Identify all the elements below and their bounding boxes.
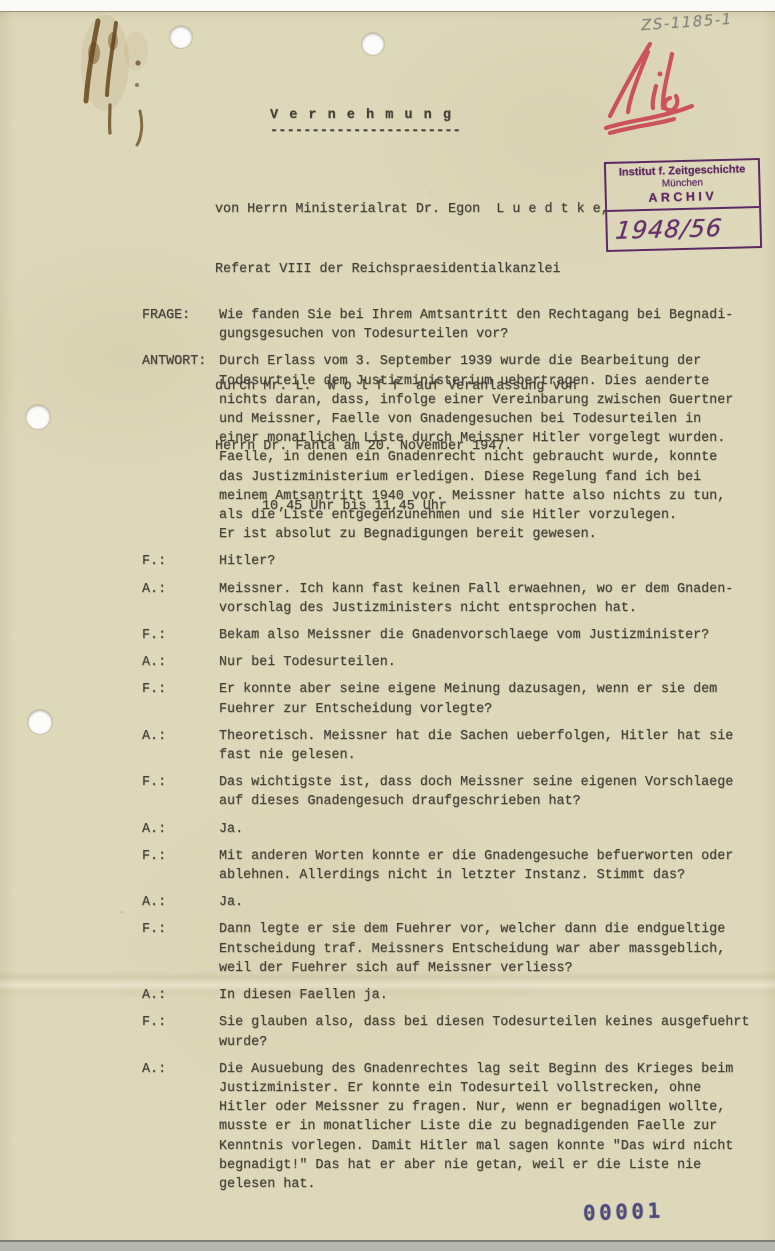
punch-hole xyxy=(26,405,50,429)
qa-text: Mit anderen Worten konnte er die Gnadeng… xyxy=(219,847,767,885)
qa-entry: F.: Dann legte er sie dem Fuehrer vor, w… xyxy=(142,920,767,978)
qa-text: Nur bei Todesurteilen. xyxy=(219,653,767,672)
qa-text: Hitler? xyxy=(219,552,767,571)
qa-entry: A.: Nur bei Todesurteilen. xyxy=(142,653,767,672)
qa-entry: A.: Meissner. Ich kann fast keinen Fall … xyxy=(142,580,767,618)
qa-entry: A.: Ja. xyxy=(142,893,767,912)
punch-hole xyxy=(170,26,192,48)
archive-stamp-text: Institut f. Zeitgeschichte München ARCHI… xyxy=(606,160,759,212)
qa-label: F.: xyxy=(142,1013,219,1051)
qa-entry: A.: Die Ausuebung des Gnadenrechtes lag … xyxy=(142,1060,767,1194)
qa-entry: A.: Theoretisch. Meissner hat die Sachen… xyxy=(142,727,767,765)
qa-label: A.: xyxy=(142,820,219,839)
qa-label: F.: xyxy=(142,847,219,885)
qa-text: Er konnte aber seine eigene Meinung dazu… xyxy=(219,680,767,718)
qa-label: A.: xyxy=(142,986,219,1005)
qa-text: Meissner. Ich kann fast keinen Fall erwa… xyxy=(219,580,767,618)
qa-label: A.: xyxy=(142,580,219,618)
page-number-stamp: 00001 xyxy=(583,1199,665,1226)
qa-text: Dann legte er sie dem Fuehrer vor, welch… xyxy=(219,920,767,978)
punch-hole xyxy=(362,33,384,55)
qa-text: Das wichtigste ist, dass doch Meissner s… xyxy=(219,773,767,811)
qa-entry: FRAGE: Wie fanden Sie bei Ihrem Amtsantr… xyxy=(142,306,767,344)
qa-label: A.: xyxy=(142,1060,219,1194)
qa-text: Ja. xyxy=(219,820,767,839)
paper-speck xyxy=(320,531,323,534)
paper-sheet: ZS-1185-1 V e r n e h m u n g ----------… xyxy=(0,11,775,1242)
qa-text: Theoretisch. Meissner hat die Sachen ueb… xyxy=(219,727,767,765)
ink-stain xyxy=(50,11,180,211)
interviewee-line: Referat VIII der Reichspraesidentialkanz… xyxy=(215,260,609,280)
interviewee-line: von Herrn Ministerialrat Dr. Egon L u e … xyxy=(215,200,609,220)
qa-entry: F.: Das wichtigste ist, dass doch Meissn… xyxy=(142,773,767,811)
qa-entry: A.: Ja. xyxy=(142,820,767,839)
qa-text: Sie glauben also, dass bei diesen Todesu… xyxy=(219,1013,767,1051)
pencil-reference-note: ZS-1185-1 xyxy=(640,10,733,34)
qa-label: F.: xyxy=(142,552,219,571)
red-crayon-file-note xyxy=(600,36,718,141)
archive-stamp: Institut f. Zeitgeschichte München ARCHI… xyxy=(604,158,762,252)
qa-text: Bekam also Meissner die Gnadenvorschlaeg… xyxy=(219,626,767,645)
qa-text: In diesen Faellen ja. xyxy=(219,986,767,1005)
qa-label: FRAGE: xyxy=(142,306,219,344)
qa-entry: F.: Mit anderen Worten konnte er die Gna… xyxy=(142,847,767,885)
qa-label: F.: xyxy=(142,626,219,645)
qa-label: ANTWORT: xyxy=(142,352,219,544)
paper-speck xyxy=(430,191,432,193)
qa-text: Durch Erlass vom 3. September 1939 wurde… xyxy=(219,352,767,544)
qa-entry: F.: Hitler? xyxy=(142,552,767,571)
qa-label: F.: xyxy=(142,920,219,978)
title-underline: ----------------------- xyxy=(270,124,461,139)
scan-edge xyxy=(0,1240,775,1251)
qa-entry: F.: Er konnte aber seine eigene Meinung … xyxy=(142,680,767,718)
qa-entry: F.: Bekam also Meissner die Gnadenvorsch… xyxy=(142,626,767,645)
stamp-handwritten-number: 1948/56 xyxy=(605,208,761,250)
qa-text: Die Ausuebung des Gnadenrechtes lag seit… xyxy=(219,1060,767,1194)
qa-list: FRAGE: Wie fanden Sie bei Ihrem Amtsantr… xyxy=(142,306,767,1202)
punch-hole xyxy=(28,710,52,734)
qa-label: F.: xyxy=(142,680,219,718)
document-title: V e r n e h m u n g xyxy=(270,108,452,123)
qa-entry: ANTWORT: Durch Erlass vom 3. September 1… xyxy=(142,352,767,544)
paper-speck xyxy=(690,351,692,353)
qa-label: F.: xyxy=(142,773,219,811)
qa-label: A.: xyxy=(142,893,219,912)
stamp-archiv: ARCHIV xyxy=(609,188,757,206)
paper-speck xyxy=(540,1131,542,1134)
qa-text: Wie fanden Sie bei Ihrem Amtsantritt den… xyxy=(219,306,767,344)
paper-speck xyxy=(120,911,123,913)
qa-label: A.: xyxy=(142,727,219,765)
qa-label: A.: xyxy=(142,653,219,672)
scanned-document-page: ZS-1185-1 V e r n e h m u n g ----------… xyxy=(0,0,775,1251)
qa-text: Ja. xyxy=(219,893,767,912)
qa-entry: F.: Sie glauben also, dass bei diesen To… xyxy=(142,1013,767,1051)
qa-entry: A.: In diesen Faellen ja. xyxy=(142,986,767,1005)
